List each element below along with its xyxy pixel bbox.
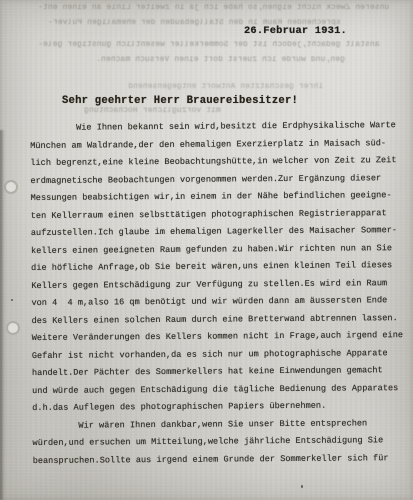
bleedthrough-line: Ihrer geschätzten Antwort entgegensehend <box>128 83 323 91</box>
paragraph: Wir wären Ihnen dankbar,wenn Sie unser B… <box>32 415 410 470</box>
body-line: Messungen beabsichtigen wir,in einem in … <box>31 187 409 207</box>
body-line: Wie Ihnen bekannt sein wird,besitzt die … <box>30 117 408 137</box>
bleedthrough-line: unseren Zweck nicht eignen,so habe ich j… <box>38 4 389 12</box>
salutation: Sehr geehrter Herr Brauereibesitzer! <box>62 95 298 107</box>
date-line: 26.Februar 1931. <box>244 25 347 37</box>
punch-hole-top <box>4 180 18 194</box>
letter-body: Wie Ihnen bekannt sein wird,besitzt die … <box>30 117 411 470</box>
body-line: die höfliche Anfrage,ob Sie bereit wären… <box>31 257 409 277</box>
page-edge-shadow <box>0 130 5 500</box>
body-line: lich begrenzt,eine kleine Beobachtungshü… <box>30 152 408 172</box>
body-line: und würde auch gegen Entschädigung die t… <box>32 380 410 400</box>
body-line: beanspruchen.Sollte aus irgend einem Gru… <box>33 450 411 470</box>
body-line: Weitere Veränderungen des Kellers kommen… <box>32 327 410 347</box>
bleedthrough-line: gen,und würde ich zuerst dort einen Vers… <box>96 56 345 64</box>
body-line: würden,und ersuchen um Mitteilung,welche… <box>32 432 410 452</box>
paragraph: Wie Ihnen bekannt sein wird,besitzt die … <box>30 117 410 417</box>
ink-speck <box>301 485 303 488</box>
letter-page: unseren Zweck nicht eignen,so habe ich j… <box>0 0 413 500</box>
body-line: handelt.Der Pächter des Sommerkellers ha… <box>32 362 410 382</box>
bleedthrough-line: mit vorzüglicher Hochachtung <box>84 107 221 115</box>
bleedthrough-line: anstalt gedacht,jedoch ist der Sommerkel… <box>38 41 380 49</box>
ink-speck <box>11 299 13 301</box>
body-line: aufzustellen.Ich glaube im ehemaligen La… <box>31 222 409 242</box>
punch-hole-bottom <box>6 321 20 335</box>
body-line: von 4 4 m,also 16 qm benötigt und wir wü… <box>31 292 409 312</box>
